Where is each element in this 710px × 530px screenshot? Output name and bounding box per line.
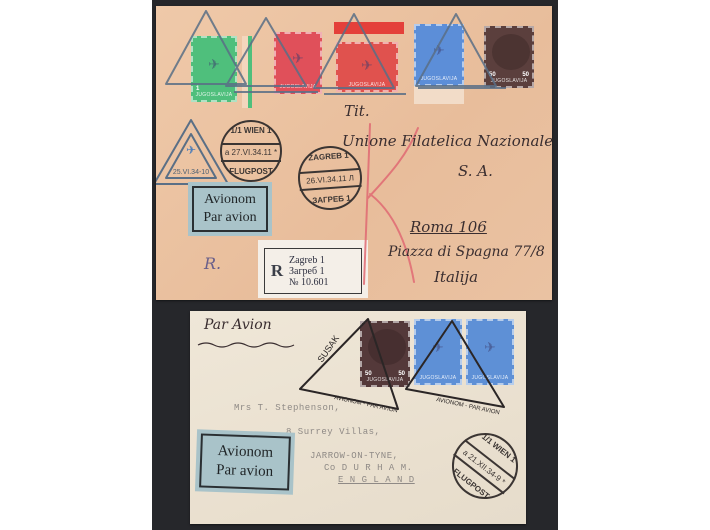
address-line-1: Unione Filatelica Nazionale bbox=[342, 132, 553, 150]
svg-text:25.VI.34-10: 25.VI.34-10 bbox=[173, 169, 209, 176]
typed-address-line-1: Mrs T. Stephenson, bbox=[234, 403, 340, 413]
top-cover-envelope: ✈ 1 JUGOSLAVIJA ✈ JUGOSLAVIJA ✈ JUGOSLAV… bbox=[156, 6, 552, 300]
airmail-label-line1: Avionom bbox=[204, 191, 256, 209]
airmail-label-line1: Avionom bbox=[217, 442, 273, 463]
wien-flugpost-postmark: 1/1 WIEN 1 a 27.VI.34.11 * FLUGPOST bbox=[220, 120, 282, 182]
airmail-label: Avionom Par avion bbox=[188, 182, 272, 236]
airmail-label-line2: Par avion bbox=[216, 461, 274, 482]
address-line-5: Italija bbox=[434, 268, 478, 286]
bottom-cover-envelope: Par Avion 5050 JUGOSLAVIJA ✈ JUGOSLAVIJA… bbox=[190, 311, 526, 524]
wien-flugpost-postmark: 1/1 WIEN 1 a 21.XII.34-9 * FLUGPOST bbox=[439, 420, 532, 513]
address-salutation: Tit. bbox=[344, 102, 370, 120]
svg-text:✈: ✈ bbox=[186, 143, 196, 157]
zagreb-postmark: ZAGREB 1 26.VI.34.11 Л ЗАГРЕБ 1 bbox=[296, 144, 364, 212]
typed-address-line-3: JARROW-ON-TYNE, bbox=[310, 451, 399, 461]
typed-address-line-2: 8 Surrey Villas, bbox=[286, 427, 380, 437]
address-line-3: Roma 106 bbox=[410, 218, 487, 236]
typed-address-line-4: Co D U R H A M. bbox=[324, 463, 413, 473]
airmail-label-line2: Par avion bbox=[203, 209, 256, 227]
typed-address-line-5: E N G L A N D bbox=[338, 475, 415, 485]
registration-initial: R. bbox=[204, 254, 221, 273]
registration-label: R Zagreb 1 Загреб 1 № 10.601 bbox=[258, 240, 368, 298]
airmail-label: Avionom Par avion bbox=[195, 429, 295, 494]
address-line-2: S. A. bbox=[458, 162, 493, 180]
registration-letter: R bbox=[265, 261, 289, 281]
address-line-4: Piazza di Spagna 77/8 bbox=[388, 244, 545, 260]
svg-text:AVIONOM - PAR AVION: AVIONOM - PAR AVION bbox=[334, 395, 399, 414]
